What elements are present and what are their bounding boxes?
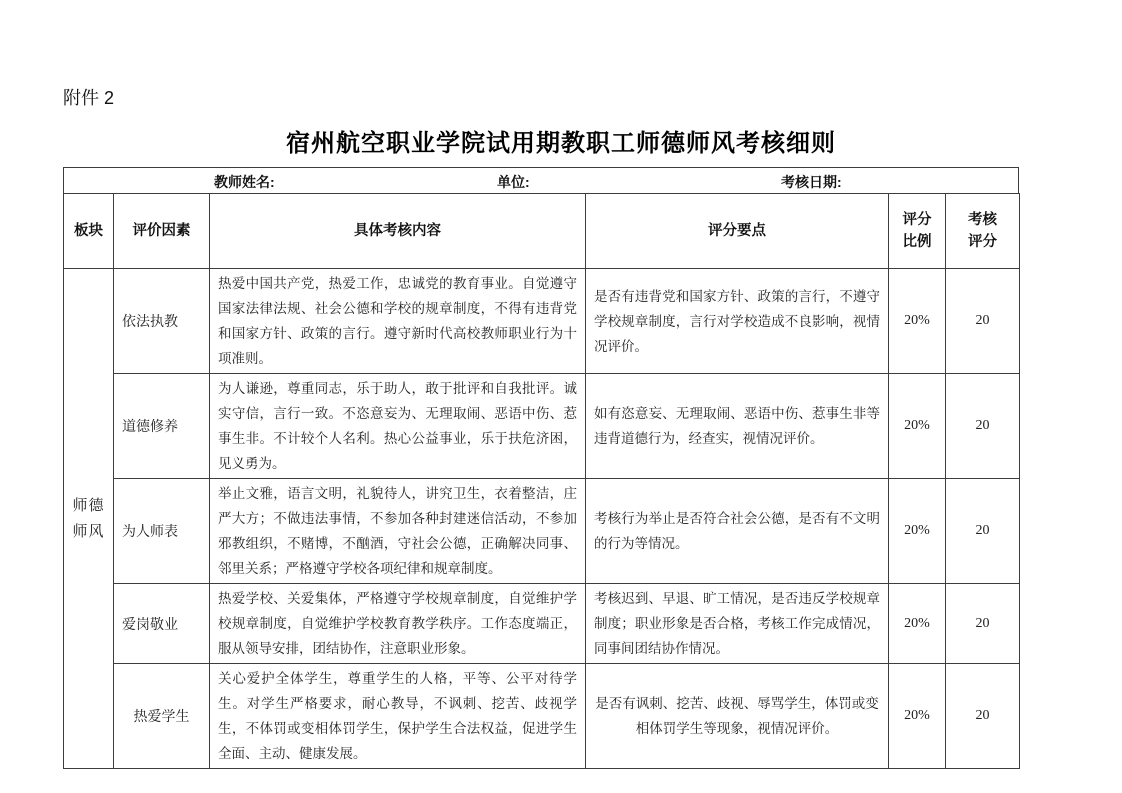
table-row: 为人师表 举止文雅，语言文明，礼貌待人，讲究卫生，衣着整洁，庄严大方；不做违法事… (64, 479, 1020, 584)
score-cell: 20 (946, 479, 1020, 584)
points-cell: 是否有讽刺、挖苦、歧视、辱骂学生，体罚或变相体罚学生等现象，视情况评价。 (586, 664, 889, 769)
table-row: 道德修养 为人谦逊，尊重同志，乐于助人，敢于批评和自我批评。诚实守信，言行一致。… (64, 374, 1020, 479)
factor-cell: 为人师表 (114, 479, 210, 584)
section-cell: 师德 师风 (64, 269, 114, 769)
ratio-cell: 20% (889, 479, 946, 584)
header-row: 板块 评价因素 具体考核内容 评分要点 评分 比例 考核 评分 (64, 194, 1020, 269)
factor-cell: 道德修养 (114, 374, 210, 479)
table-row: 师德 师风 依法执教 热爱中国共产党，热爱工作，忠诚党的教育事业。自觉遵守国家法… (64, 269, 1020, 374)
table-row: 爱岗敬业 热爱学校、关爱集体，严格遵守学校规章制度，自觉维护学校规章制度，自觉维… (64, 584, 1020, 664)
factor-cell: 热爱学生 (114, 664, 210, 769)
content-cell: 热爱学校、关爱集体，严格遵守学校规章制度，自觉维护学校规章制度，自觉维护学校教育… (210, 584, 586, 664)
content-cell: 关心爱护全体学生，尊重学生的人格，平等、公平对待学生。对学生严格要求，耐心教导，… (210, 664, 586, 769)
info-bar: 教师姓名: 单位: 考核日期: (63, 167, 1019, 194)
score-cell: 20 (946, 584, 1020, 664)
column-header-content: 具体考核内容 (210, 194, 586, 269)
factor-cell: 依法执教 (114, 269, 210, 374)
points-cell: 如有恣意妄、无理取闹、恶语中伤、惹事生非等违背道德行为，经查实，视情况评价。 (586, 374, 889, 479)
assessment-table: 板块 评价因素 具体考核内容 评分要点 评分 比例 考核 评分 师德 师风 依法… (63, 193, 1020, 769)
points-cell: 是否有违背党和国家方针、政策的言行，不遵守学校规章制度，言行对学校造成不良影响，… (586, 269, 889, 374)
teacher-name-label: 教师姓名: (214, 172, 275, 192)
unit-label: 单位: (497, 172, 530, 192)
ratio-cell: 20% (889, 374, 946, 479)
score-cell: 20 (946, 374, 1020, 479)
content-cell: 为人谦逊，尊重同志，乐于助人，敢于批评和自我批评。诚实守信，言行一致。不恣意妄为… (210, 374, 586, 479)
ratio-cell: 20% (889, 269, 946, 374)
table-row: 热爱学生 关心爱护全体学生，尊重学生的人格，平等、公平对待学生。对学生严格要求，… (64, 664, 1020, 769)
column-header-factor: 评价因素 (114, 194, 210, 269)
column-header-points: 评分要点 (586, 194, 889, 269)
column-header-ratio: 评分 比例 (889, 194, 946, 269)
points-cell: 考核迟到、早退、旷工情况，是否违反学校规章制度；职业形象是否合格，考核工作完成情… (586, 584, 889, 664)
score-cell: 20 (946, 269, 1020, 374)
document-page: 附件 2 宿州航空职业学院试用期教职工师德师风考核细则 教师姓名: 单位: 考核… (0, 0, 1122, 793)
ratio-cell: 20% (889, 584, 946, 664)
column-header-section: 板块 (64, 194, 114, 269)
page-title: 宿州航空职业学院试用期教职工师德师风考核细则 (0, 123, 1122, 158)
factor-cell: 爱岗敬业 (114, 584, 210, 664)
assessment-date-label: 考核日期: (781, 172, 842, 192)
assessment-table-area: 教师姓名: 单位: 考核日期: 板块 评价因素 具体考核内容 评分要点 评分 比… (63, 167, 1019, 769)
score-cell: 20 (946, 664, 1020, 769)
attachment-label: 附件 2 (63, 84, 114, 110)
column-header-score: 考核 评分 (946, 194, 1020, 269)
points-cell: 考核行为举止是否符合社会公德，是否有不文明的行为等情况。 (586, 479, 889, 584)
content-cell: 热爱中国共产党，热爱工作，忠诚党的教育事业。自觉遵守国家法律法规、社会公德和学校… (210, 269, 586, 374)
ratio-cell: 20% (889, 664, 946, 769)
content-cell: 举止文雅，语言文明，礼貌待人，讲究卫生，衣着整洁，庄严大方；不做违法事情，不参加… (210, 479, 586, 584)
